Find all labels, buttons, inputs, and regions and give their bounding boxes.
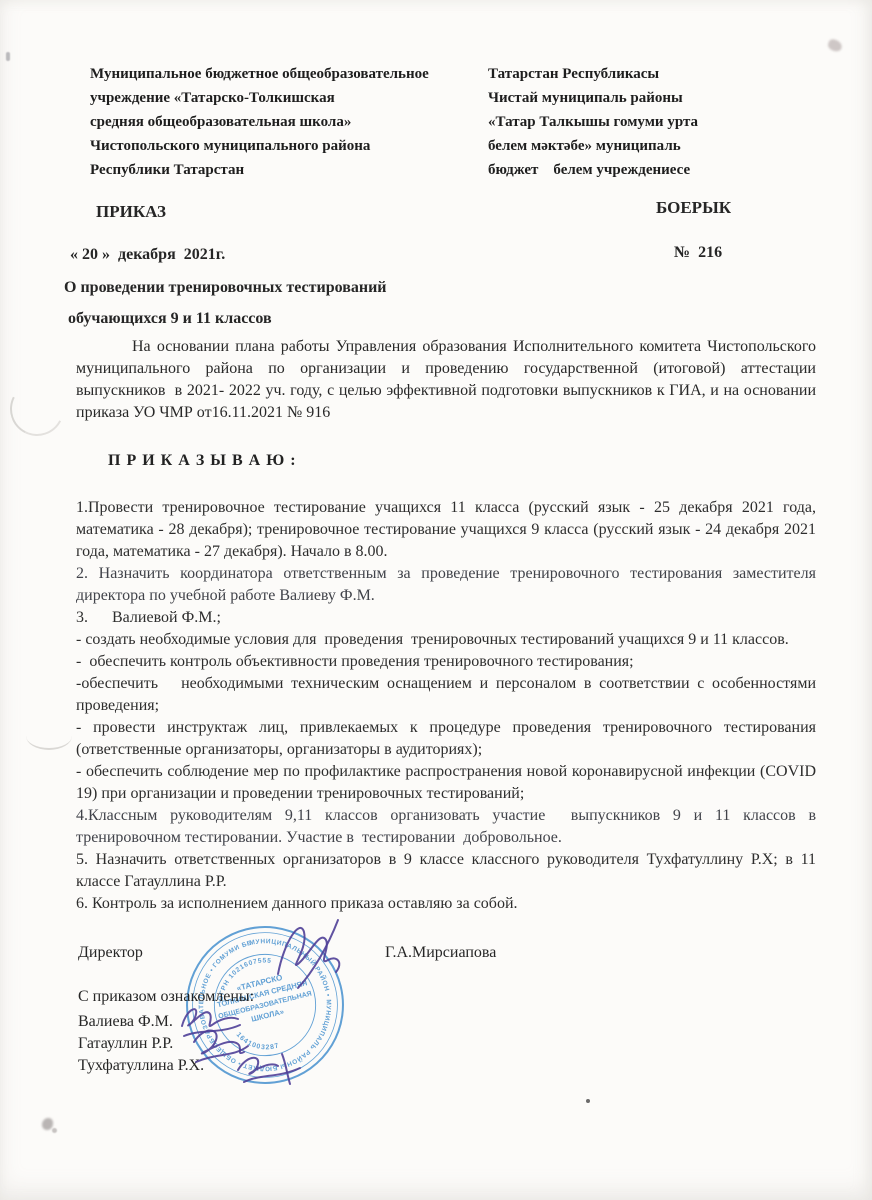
scan-artifact-speck <box>52 1128 57 1133</box>
org-name-tatar: Татарстан Республикасы Чистай муниципаль… <box>488 62 824 182</box>
director-name: Г.А.Мирсиапова <box>385 944 496 962</box>
org-name-line: средняя общеобразовательная школа» <box>90 110 482 134</box>
org-name-line: учреждение «Татарско-Толкишская <box>90 86 482 110</box>
order-subject-line1: О проведении тренировочных тестирований <box>64 279 387 297</box>
order-date: « 20 » декабря 2021г. <box>70 246 225 264</box>
order-item-1: 1.Провести тренировочное тестирование уч… <box>76 497 816 563</box>
order-item-5: 5. Назначить ответственных организаторов… <box>76 849 816 893</box>
scan-artifact-dot <box>586 1099 590 1103</box>
director-label: Директор <box>78 944 143 962</box>
order-items: 1.Провести тренировочное тестирование уч… <box>76 497 816 915</box>
scan-artifact-speck <box>42 1118 53 1130</box>
scan-artifact-arc <box>3 375 71 443</box>
order-item-3-sub5: - обеспечить соблюдение мер по профилакт… <box>76 761 816 805</box>
intro-paragraph: На основании плана работы Управления обр… <box>76 336 816 424</box>
org-name-line: бюджет белем учреждениесе <box>488 158 824 182</box>
order-item-3-sub2: - обеспечить контроль объективности пров… <box>76 651 816 673</box>
org-name-line: «Татар Талкышы гомуми урта <box>488 110 824 134</box>
org-name-line: Республики Татарстан <box>90 158 482 182</box>
order-title-russian: ПРИКАЗ <box>96 202 166 222</box>
order-item-3-sub3: -обеспечить необходимыми техническим осн… <box>76 673 816 717</box>
scan-artifact-smudge <box>827 38 844 53</box>
org-name-russian: Муниципальное бюджетное общеобразователь… <box>90 62 482 182</box>
org-name-line: Татарстан Республикасы <box>488 62 824 86</box>
ack-name-valieva: Валиева Ф.М. <box>78 1013 173 1031</box>
order-item-3-sub4: - провести инструктаж лиц, привлекаемых … <box>76 717 816 761</box>
tukhfatullina-signature <box>232 1048 308 1090</box>
order-item-4: 4.Классным руководителям 9,11 классов ор… <box>76 805 816 849</box>
org-name-line: Чистопольского муниципального района <box>90 134 482 158</box>
order-title-tatar: БОЕРЫК <box>656 198 731 218</box>
resolution-heading: П Р И К А З Ы В А Ю : <box>108 452 297 470</box>
ack-name-gataullin: Гатауллин Р.Р. <box>78 1035 173 1053</box>
order-item-3-sub1: - создать необходимые условия для провед… <box>76 629 816 651</box>
order-number: № 216 <box>674 244 722 262</box>
order-item-3: 3. Валиевой Ф.М.; <box>76 607 816 629</box>
director-signature <box>268 908 368 1000</box>
org-name-line: белем мәктәбе» муниципаль <box>488 134 824 158</box>
order-item-2: 2. Назначить координатора ответственным … <box>76 563 816 607</box>
org-name-line: Чистай муниципаль районы <box>488 86 824 110</box>
document-page: Муниципальное бюджетное общеобразователь… <box>0 0 872 1200</box>
order-item-6: 6. Контроль за исполнением данного прика… <box>76 893 816 915</box>
scan-artifact-arc <box>26 722 72 750</box>
order-subject-line2: обучающихся 9 и 11 классов <box>68 310 272 328</box>
scan-artifact-dot <box>6 52 10 61</box>
org-name-line: Муниципальное бюджетное общеобразователь… <box>90 62 482 86</box>
